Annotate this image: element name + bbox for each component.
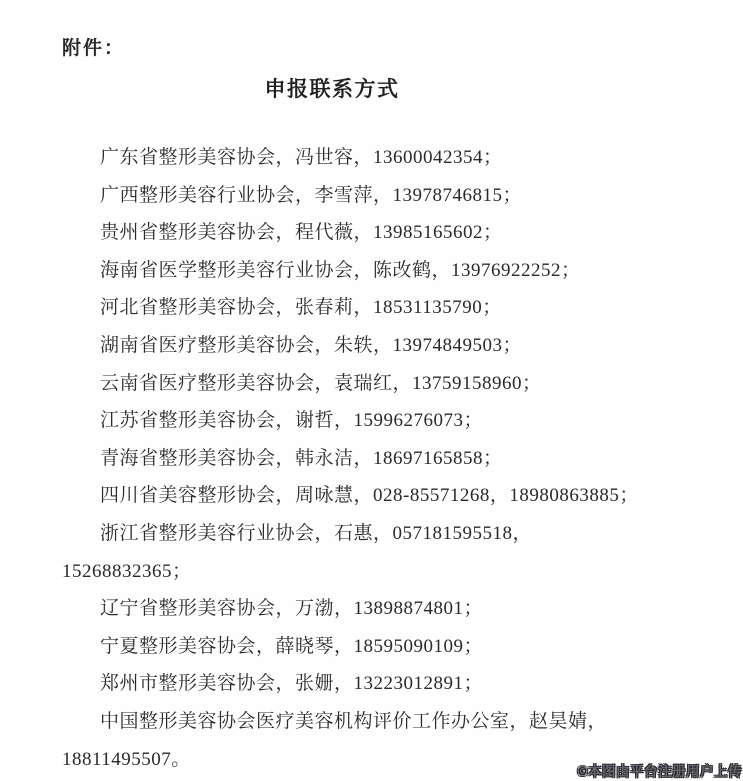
contact-line: 江苏省整形美容协会，谢哲，15996276073； — [62, 402, 732, 440]
page-title: 申报联系方式 — [62, 73, 602, 103]
contact-line: 四川省美容整形协会，周咏慧，028-85571268，18980863885； — [62, 477, 732, 515]
contact-line: 广东省整形美容协会，冯世容，13600042354； — [62, 139, 732, 177]
contact-line: 河北省整形美容协会，张春莉，18531135790； — [62, 289, 732, 327]
contact-line: 辽宁省整形美容协会，万渤，13898874801； — [62, 590, 732, 628]
contact-line: 郑州市整形美容协会，张姗，13223012891； — [62, 665, 732, 703]
contact-line: 浙江省整形美容行业协会，石惠，057181595518， — [62, 515, 732, 553]
document-page: 附件： 申报联系方式 广东省整形美容协会，冯世容，13600042354；广西整… — [0, 0, 743, 781]
contact-line: 湖南省医疗整形美容协会，朱轶，13974849503； — [62, 327, 732, 365]
contact-line: 海南省医学整形美容行业协会，陈改鹤，13976922252； — [62, 252, 732, 290]
contact-line: 中国整形美容协会医疗美容机构评价工作办公室，赵昊婧， — [62, 703, 732, 741]
contact-line: 15268832365； — [62, 553, 732, 591]
contact-line: 贵州省整形美容协会，程代薇，13985165602； — [62, 214, 732, 252]
attachment-label: 附件： — [62, 33, 125, 60]
watermark-text: ©本图由平台注册用户上传 — [578, 760, 742, 780]
contact-line: 宁夏整形美容协会，薛晓琴，18595090109； — [62, 628, 732, 666]
contact-line: 广西整形美容行业协会，李雪萍，13978746815； — [62, 177, 732, 215]
contact-line: 云南省医疗整形美容协会，袁瑞红，13759158960； — [62, 365, 732, 403]
contact-line: 青海省整形美容协会，韩永洁，18697165858； — [62, 440, 732, 478]
contact-list: 广东省整形美容协会，冯世容，13600042354；广西整形美容行业协会，李雪萍… — [62, 139, 732, 778]
